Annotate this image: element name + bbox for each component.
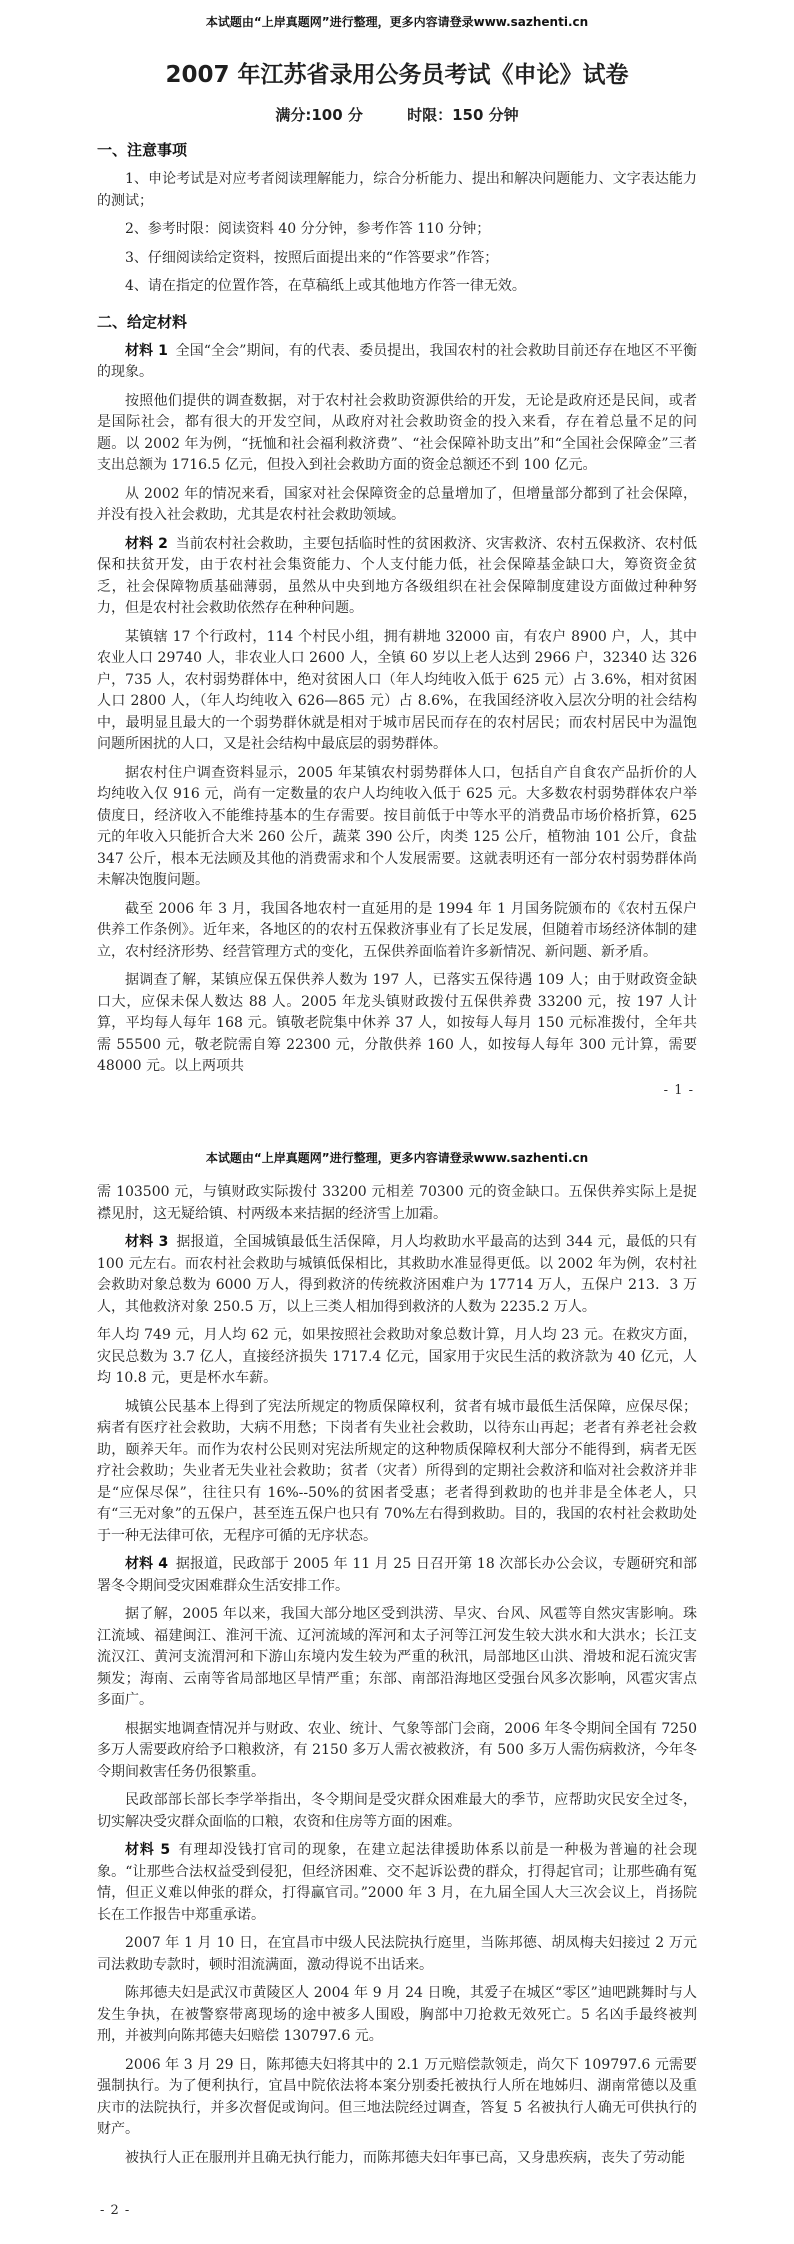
- paragraph-text: 城镇公民基本上得到了宪法所规定的物质保障权利，贫者有城市最低生活保障，应保尽保；…: [97, 1399, 697, 1544]
- material-3-label: 材料 3: [125, 1234, 168, 1250]
- material-2-label: 材料 2: [125, 536, 168, 552]
- material-4-paragraph: 据了解，2005 年以来，我国大部分地区受到洪涝、旱灾、台风、风雹等自然灾害影响…: [97, 1604, 697, 1712]
- material-2-paragraph: 某镇辖 17 个行政村，114 个村民小组，拥有耕地 32000 亩，有农户 8…: [97, 627, 697, 756]
- notice-item-4: 4、请在指定的位置作答，在草稿纸上或其他地方作答一律无效。: [97, 276, 697, 298]
- notice-section-heading: 一、注意事项: [97, 138, 697, 162]
- material-4-paragraph: 材料 4据报道，民政部于 2005 年 11 月 25 日召开第 18 次部长办…: [97, 1554, 697, 1597]
- material-5-label: 材料 5: [125, 1842, 170, 1858]
- page-1: 本试题由“上岸真题网”进行整理，更多内容请登录www.sazhenti.cn 2…: [0, 0, 794, 1122]
- paragraph-text: 年人均 749 元，月人均 62 元，如果按照社会救助对象总数计算，月人均 23…: [97, 1327, 697, 1386]
- exam-title: 2007 年江苏省录用公务员考试《申论》试卷: [97, 60, 697, 90]
- paragraph-text: 需 103500 元，与镇财政实际拨付 33200 元相差 70300 元的资金…: [97, 1184, 697, 1222]
- paragraph-text: 2007 年 1 月 10 日，在宜昌市中级人民法院执行庭里，当陈邦德、胡凤梅夫…: [97, 1935, 697, 1973]
- material-2-paragraph: 据农村住户调查资料显示，2005 年某镇农村弱势群体人口，包括自产自食农产品折价…: [97, 763, 697, 892]
- paragraph-text: 陈邦德夫妇是武汉市黄陵区人 2004 年 9 月 24 日晚，其爱子在城区“零区…: [97, 1985, 697, 2044]
- paragraph-text: 据报道，民政部于 2005 年 11 月 25 日召开第 18 次部长办公会议，…: [97, 1556, 697, 1594]
- paragraph-text: 当前农村社会救助，主要包括临时性的贫困救济、灾害救济、农村五保救济、农村低保和扶…: [97, 536, 697, 617]
- paragraph-text: 被执行人正在服刑并且确无执行能力，而陈邦德夫妇年事已高，又身患疾病，丧失了劳动能: [125, 2150, 685, 2166]
- paragraph-text: 据农村住户调查资料显示，2005 年某镇农村弱势群体人口，包括自产自食农产品折价…: [97, 765, 697, 889]
- page-2-header-note: 本试题由“上岸真题网”进行整理，更多内容请登录www.sazhenti.cn: [97, 1150, 697, 1166]
- material-3-paragraph: 城镇公民基本上得到了宪法所规定的物质保障权利，贫者有城市最低生活保障，应保尽保；…: [97, 1397, 697, 1548]
- page-1-header-note: 本试题由“上岸真题网”进行整理，更多内容请登录www.sazhenti.cn: [97, 14, 697, 30]
- paragraph-text: 据调查了解，某镇应保五保供养人数为 197 人，已落实五保待遇 109 人；由于…: [97, 972, 697, 1074]
- page-2: 本试题由“上岸真题网”进行整理，更多内容请登录www.sazhenti.cn 需…: [0, 1122, 794, 2244]
- paragraph-text: 根据实地调查情况并与财政、农业、统计、气象等部门会商，2006 年冬令期间全国有…: [97, 1721, 697, 1780]
- material-1-paragraph: 从 2002 年的情况来看，国家对社会保障资金的总量增加了，但增量部分都到了社会…: [97, 484, 697, 527]
- paragraph-text: 据报道，全国城镇最低生活保障，月人均救助水平最高的达到 344 元，最低的只有 …: [97, 1234, 697, 1315]
- paragraph-text: 截至 2006 年 3 月，我国各地农村一直延用的是 1994 年 1 月国务院…: [97, 901, 697, 960]
- material-5-paragraph: 被执行人正在服刑并且确无执行能力，而陈邦德夫妇年事已高，又身患疾病，丧失了劳动能: [97, 2148, 697, 2170]
- material-3-paragraph: 材料 3据报道，全国城镇最低生活保障，月人均救助水平最高的达到 344 元，最低…: [97, 1232, 697, 1318]
- paragraph-text: 有理却没钱打官司的现象，在建立起法律援助体系以前是一种极为普遍的社会现象。“让那…: [97, 1842, 697, 1923]
- notice-item-1: 1、申论考试是对应考者阅读理解能力，综合分析能力、提出和解决问题能力、文字表达能…: [97, 169, 697, 212]
- material-4-paragraph: 民政部部长部长李学举指出，冬令期间是受灾群众困难最大的季节，应帮助灾民安全过冬，…: [97, 1790, 697, 1833]
- material-2-paragraph: 材料 2当前农村社会救助，主要包括临时性的贫困救济、灾害救济、农村五保救济、农村…: [97, 534, 697, 620]
- paragraph-text: 某镇辖 17 个行政村，114 个村民小组，拥有耕地 32000 亩，有农户 8…: [97, 629, 697, 753]
- material-4-label: 材料 4: [125, 1556, 168, 1572]
- page-number-2: - 2 -: [100, 2203, 130, 2218]
- paragraph-text: 据了解，2005 年以来，我国大部分地区受到洪涝、旱灾、台风、风雹等自然灾害影响…: [97, 1606, 697, 1708]
- paragraph-text: 2006 年 3 月 29 日，陈邦德夫妇将其中的 2.1 万元赔偿款领走，尚欠…: [97, 2057, 697, 2138]
- notice-item-3: 3、仔细阅读给定资料，按照后面提出来的“作答要求”作答；: [97, 248, 697, 270]
- paragraph-text: 从 2002 年的情况来看，国家对社会保障资金的总量增加了，但增量部分都到了社会…: [97, 486, 697, 524]
- notice-item-2: 2、参考时限：阅读资料 40 分分钟，参考作答 110 分钟；: [97, 219, 697, 241]
- material-5-paragraph: 2006 年 3 月 29 日，陈邦德夫妇将其中的 2.1 万元赔偿款领走，尚欠…: [97, 2055, 697, 2141]
- material-5-paragraph: 材料 5有理却没钱打官司的现象，在建立起法律援助体系以前是一种极为普遍的社会现象…: [97, 1840, 697, 1926]
- materials-section-heading: 二、给定材料: [97, 310, 697, 334]
- material-2-paragraph: 截至 2006 年 3 月，我国各地农村一直延用的是 1994 年 1 月国务院…: [97, 899, 697, 964]
- material-5-paragraph: 2007 年 1 月 10 日，在宜昌市中级人民法院执行庭里，当陈邦德、胡凤梅夫…: [97, 1933, 697, 1976]
- paragraph-text: 民政部部长部长李学举指出，冬令期间是受灾群众困难最大的季节，应帮助灾民安全过冬，…: [97, 1792, 697, 1830]
- material-4-paragraph: 根据实地调查情况并与财政、农业、统计、气象等部门会商，2006 年冬令期间全国有…: [97, 1719, 697, 1784]
- material-2-paragraph: 据调查了解，某镇应保五保供养人数为 197 人，已落实五保待遇 109 人；由于…: [97, 970, 697, 1078]
- paragraph-text: 全国“全会”期间，有的代表、委员提出，我国农村的社会救助目前还存在地区不平衡的现…: [97, 343, 697, 381]
- page-number-1: - 1 -: [664, 1083, 694, 1098]
- material-1-paragraph: 按照他们提供的调查数据，对于农村社会救助资源供给的开发，无论是政府还是民间，或者…: [97, 391, 697, 477]
- material-2-continuation-paragraph: 需 103500 元，与镇财政实际拨付 33200 元相差 70300 元的资金…: [97, 1182, 697, 1225]
- material-1-paragraph: 材料 1全国“全会”期间，有的代表、委员提出，我国农村的社会救助目前还存在地区不…: [97, 341, 697, 384]
- material-5-paragraph: 陈邦德夫妇是武汉市黄陵区人 2004 年 9 月 24 日晚，其爱子在城区“零区…: [97, 1983, 697, 2048]
- exam-time-limit-label: 时限：150 分钟: [407, 106, 519, 124]
- paragraph-text: 按照他们提供的调查数据，对于农村社会救助资源供给的开发，无论是政府还是民间，或者…: [97, 393, 697, 474]
- material-3-paragraph: 年人均 749 元，月人均 62 元，如果按照社会救助对象总数计算，月人均 23…: [97, 1325, 697, 1390]
- exam-meta: 满分:100 分 时限：150 分钟: [97, 104, 697, 126]
- material-1-label: 材料 1: [125, 343, 168, 359]
- exam-score-label: 满分:100 分: [275, 106, 363, 124]
